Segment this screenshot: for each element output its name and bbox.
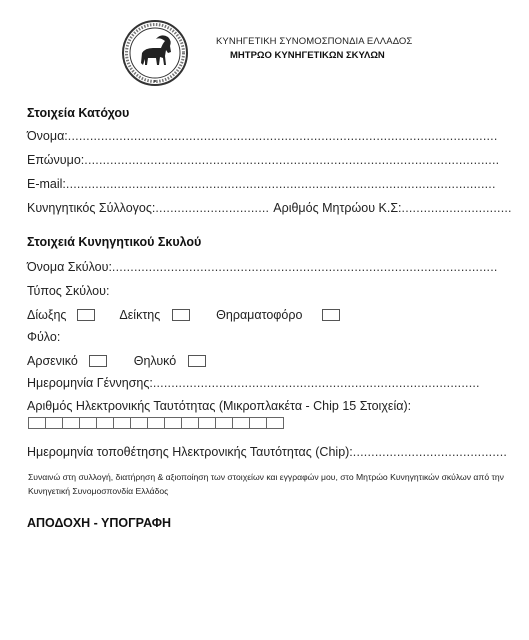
dog-type-options: Δίωξης Δείκτης Θηραματοφόρο <box>27 306 340 324</box>
sex-female-checkbox[interactable] <box>188 355 206 367</box>
chip-date-field[interactable]: Ημερομηνία τοποθέτησης Ηλεκτρονικής Ταυτ… <box>27 445 502 459</box>
federation-seal-ibex-icon <box>121 19 189 87</box>
hunting-club-label: Κυνηγητικός Σύλλογος: <box>27 201 155 215</box>
sex-options: Αρσενικό Θηλυκό <box>27 352 206 370</box>
email-input-line[interactable]: ........................................… <box>66 177 496 191</box>
dog-type-pursuit-label: Δίωξης <box>27 308 66 322</box>
chip-digit-box[interactable] <box>79 417 96 429</box>
dog-type-pointer-checkbox[interactable] <box>172 309 190 321</box>
chip-digit-box[interactable] <box>62 417 79 429</box>
chip-digit-box[interactable] <box>28 417 45 429</box>
chip-digit-box[interactable] <box>181 417 198 429</box>
chip-date-label: Ημερομηνία τοποθέτησης Ηλεκτρονικής Ταυτ… <box>27 445 353 459</box>
birth-date-label: Ημερομηνία Γέννησης: <box>27 376 153 390</box>
last-name-label: Επώνυμο: <box>27 153 84 167</box>
birth-date-input-line[interactable]: ........................................… <box>153 376 480 390</box>
first-name-field[interactable]: Όνομα: .................................… <box>27 129 499 143</box>
chip-digit-box[interactable] <box>249 417 266 429</box>
dog-name-field[interactable]: Όνομα Σκύλου: ..........................… <box>27 260 499 274</box>
last-name-input-line[interactable]: ........................................… <box>84 153 499 167</box>
dog-name-input-line[interactable]: ........................................… <box>112 260 498 274</box>
registry-title: ΜΗΤΡΩΟ ΚΥΝΗΓΕΤΙΚΩΝ ΣΚΥΛΩΝ <box>230 50 385 61</box>
dog-type-retriever-checkbox[interactable] <box>322 309 340 321</box>
first-name-input-line[interactable]: ........................................… <box>68 129 498 143</box>
chip-date-input-line[interactable]: ........................................… <box>353 445 507 459</box>
dog-type-pointer-label: Δείκτης <box>119 308 160 322</box>
chip-number-digit-boxes <box>28 417 284 429</box>
email-label: E-mail: <box>27 177 66 191</box>
dog-name-label: Όνομα Σκύλου: <box>27 260 112 274</box>
last-name-field[interactable]: Επώνυμο: ...............................… <box>27 153 499 167</box>
consent-statement: Συναινώ στη συλλογή, διατήρηση & αξιοποί… <box>28 471 508 498</box>
chip-digit-box[interactable] <box>45 417 62 429</box>
email-field[interactable]: E-mail: ................................… <box>27 177 499 191</box>
chip-digit-box[interactable] <box>96 417 113 429</box>
signature-title: ΑΠΟΔΟΧΗ - ΥΠΟΓΡΑΦΗ <box>27 516 171 530</box>
chip-digit-box[interactable] <box>198 417 215 429</box>
club-registry-number-input-line[interactable]: .............................. <box>402 201 512 215</box>
sex-male-checkbox[interactable] <box>89 355 107 367</box>
first-name-label: Όνομα: <box>27 129 68 143</box>
club-field-row[interactable]: Κυνηγητικός Σύλλογος: ..................… <box>27 201 502 215</box>
sex-female-label: Θηλυκό <box>134 354 177 368</box>
dog-section-title: Στοιχειά Κυνηγητικού Σκυλού <box>27 235 201 249</box>
chip-number-label: Αριθμός Ηλεκτρονικής Ταυτότητας (Μικροπλ… <box>27 399 411 413</box>
owner-section-title: Στοιχεία Κατόχου <box>27 106 129 120</box>
chip-digit-box[interactable] <box>232 417 249 429</box>
dog-type-label: Τύπος Σκύλου: <box>27 284 109 298</box>
organization-name: ΚΥΝΗΓΕΤΙΚΗ ΣΥΝΟΜΟΣΠΟΝΔΙΑ ΕΛΛΑΔΟΣ <box>216 36 412 47</box>
hunting-club-input-line[interactable]: ............................... <box>155 201 269 215</box>
club-registry-number-label: Αριθμός Μητρώου Κ.Σ: <box>273 201 401 215</box>
dog-type-retriever-label: Θηραματοφόρο <box>216 308 302 322</box>
chip-digit-box[interactable] <box>215 417 232 429</box>
sex-label: Φύλο: <box>27 330 60 344</box>
sex-male-label: Αρσενικό <box>27 354 78 368</box>
dog-type-pursuit-checkbox[interactable] <box>77 309 95 321</box>
chip-digit-box[interactable] <box>164 417 181 429</box>
chip-digit-box[interactable] <box>147 417 164 429</box>
birth-date-field[interactable]: Ημερομηνία Γέννησης: ...................… <box>27 376 502 390</box>
chip-digit-box[interactable] <box>113 417 130 429</box>
chip-digit-box[interactable] <box>130 417 147 429</box>
chip-digit-box[interactable] <box>266 417 284 429</box>
